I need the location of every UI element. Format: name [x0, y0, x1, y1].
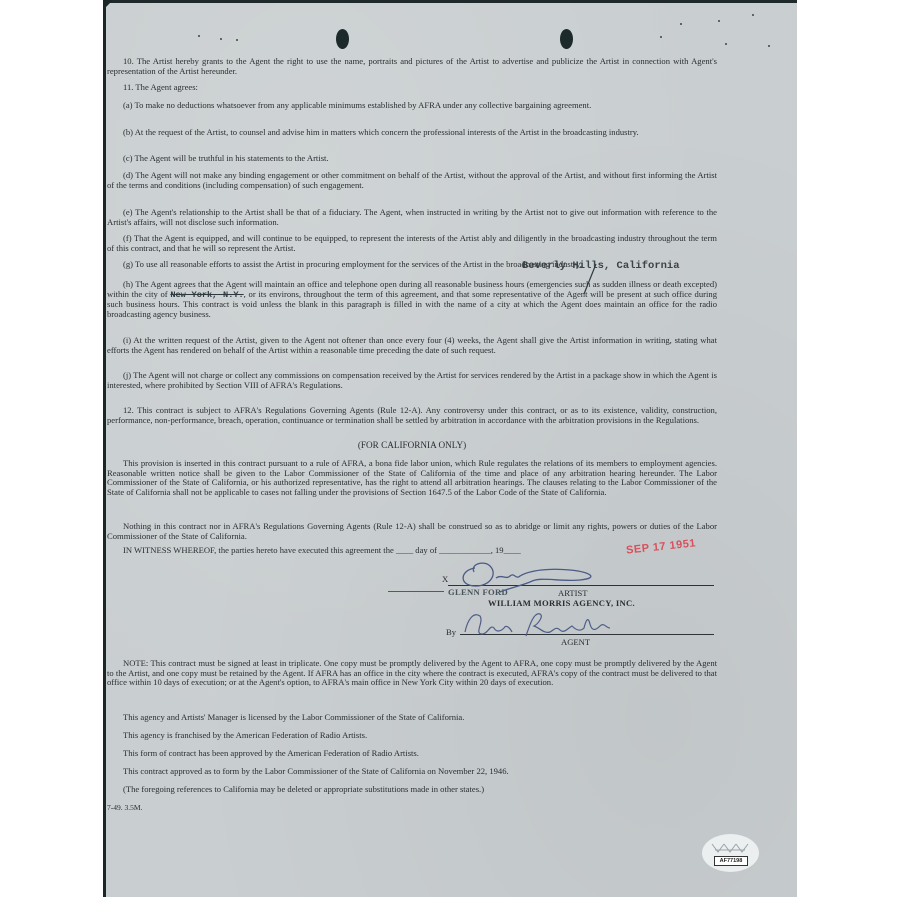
paper-speck	[768, 45, 770, 47]
insertion-mark	[580, 262, 600, 296]
paragraph-11d: (d) The Agent will not make any binding …	[107, 171, 717, 190]
paragraph-11b: (b) At the request of the Artist, to cou…	[107, 128, 717, 138]
paragraph-text: (e) The Agent's relationship to the Arti…	[107, 207, 717, 227]
paragraph-11f: (f) That the Agent is equipped, and will…	[107, 234, 717, 253]
licensed-note: This agency and Artists' Manager is lice…	[107, 713, 717, 723]
paragraph-text: This agency and Artists' Manager is lice…	[123, 712, 464, 722]
franchised-note: This agency is franchised by the America…	[107, 731, 717, 741]
nothing-clause: Nothing in this contract nor in AFRA's R…	[107, 522, 717, 541]
paragraph-11: 11. The Agent agrees:	[107, 83, 717, 93]
page-top-edge	[103, 0, 797, 3]
page-corner	[103, 0, 113, 10]
paragraph-text: (a) To make no deductions whatsoever fro…	[123, 100, 591, 110]
paragraph-text: (c) The Agent will be truthful in his st…	[123, 153, 329, 163]
paragraph-11c: (c) The Agent will be truthful in his st…	[107, 154, 717, 164]
note-paragraph: NOTE: This contract must be signed at le…	[107, 659, 717, 688]
approved-form-note: This form of contract has been approved …	[107, 749, 717, 759]
paper-speck	[220, 38, 222, 40]
artist-signature	[440, 556, 620, 596]
jsa-logo-icon	[710, 840, 752, 856]
paragraph-text: (f) That the Agent is equipped, and will…	[107, 233, 717, 253]
paragraph-11e: (e) The Agent's relationship to the Arti…	[107, 208, 717, 227]
foregoing-note: (The foregoing references to California …	[107, 785, 717, 795]
paragraph-text: This form of contract has been approved …	[123, 748, 419, 758]
california-provision: This provision is inserted in this contr…	[107, 459, 717, 497]
approved-commissioner-note: This contract approved as to form by the…	[107, 767, 717, 777]
paragraph-text: (g) To use all reasonable efforts to ass…	[123, 259, 582, 269]
paragraph-11j: (j) The Agent will not charge or collect…	[107, 371, 717, 390]
paper-speck	[236, 39, 238, 41]
paragraph-10: 10. The Artist hereby grants to the Agen…	[107, 57, 717, 76]
paragraph-text: IN WITNESS WHEREOF, the parties hereto h…	[123, 545, 521, 555]
paragraph-text: 10. The Artist hereby grants to the Agen…	[107, 56, 717, 76]
form-code: 7-49. 3.5M.	[107, 803, 717, 813]
paragraph-text: This provision is inserted in this contr…	[107, 458, 717, 497]
paper-speck	[198, 35, 200, 37]
paragraph-text: This agency is franchised by the America…	[123, 730, 367, 740]
punch-hole	[336, 29, 349, 49]
paragraph-text: Nothing in this contract nor in AFRA's R…	[107, 521, 717, 541]
paragraph-text: (b) At the request of the Artist, to cou…	[123, 127, 639, 137]
punch-hole	[560, 29, 573, 49]
paragraph-text: NOTE: This contract must be signed at le…	[107, 658, 717, 687]
paragraph-text: 11. The Agent agrees:	[123, 82, 198, 92]
paper-speck	[752, 14, 754, 16]
by-label: By	[446, 627, 456, 637]
sticker-id: AF77198	[714, 856, 748, 866]
paper-speck	[718, 20, 720, 22]
pen-stroke	[388, 591, 444, 592]
paragraph-text: (j) The Agent will not charge or collect…	[107, 370, 717, 390]
authentication-sticker: AF77198	[702, 834, 759, 872]
paragraph-text: (i) At the written request of the Artist…	[107, 335, 717, 355]
paragraph-11i: (i) At the written request of the Artist…	[107, 336, 717, 355]
paper-speck	[725, 43, 727, 45]
struck-city: New York, N.Y.	[170, 290, 243, 300]
paragraph-text: (The foregoing references to California …	[123, 784, 484, 794]
paragraph-11h: (h) The Agent agrees that the Agent will…	[107, 280, 717, 319]
paragraph-12: 12. This contract is subject to AFRA's R…	[107, 406, 717, 425]
page-left-edge	[103, 0, 106, 897]
paper-speck	[660, 36, 662, 38]
agent-signature	[460, 606, 630, 640]
typed-city: Beverly Hills, California	[522, 260, 680, 272]
paragraph-11a: (a) To make no deductions whatsoever fro…	[107, 101, 717, 111]
california-heading: (FOR CALIFORNIA ONLY)	[107, 441, 717, 451]
paragraph-text: This contract approved as to form by the…	[123, 766, 509, 776]
paragraph-text: (d) The Agent will not make any binding …	[107, 170, 717, 190]
paragraph-text: 12. This contract is subject to AFRA's R…	[107, 405, 717, 425]
paper-speck	[680, 23, 682, 25]
